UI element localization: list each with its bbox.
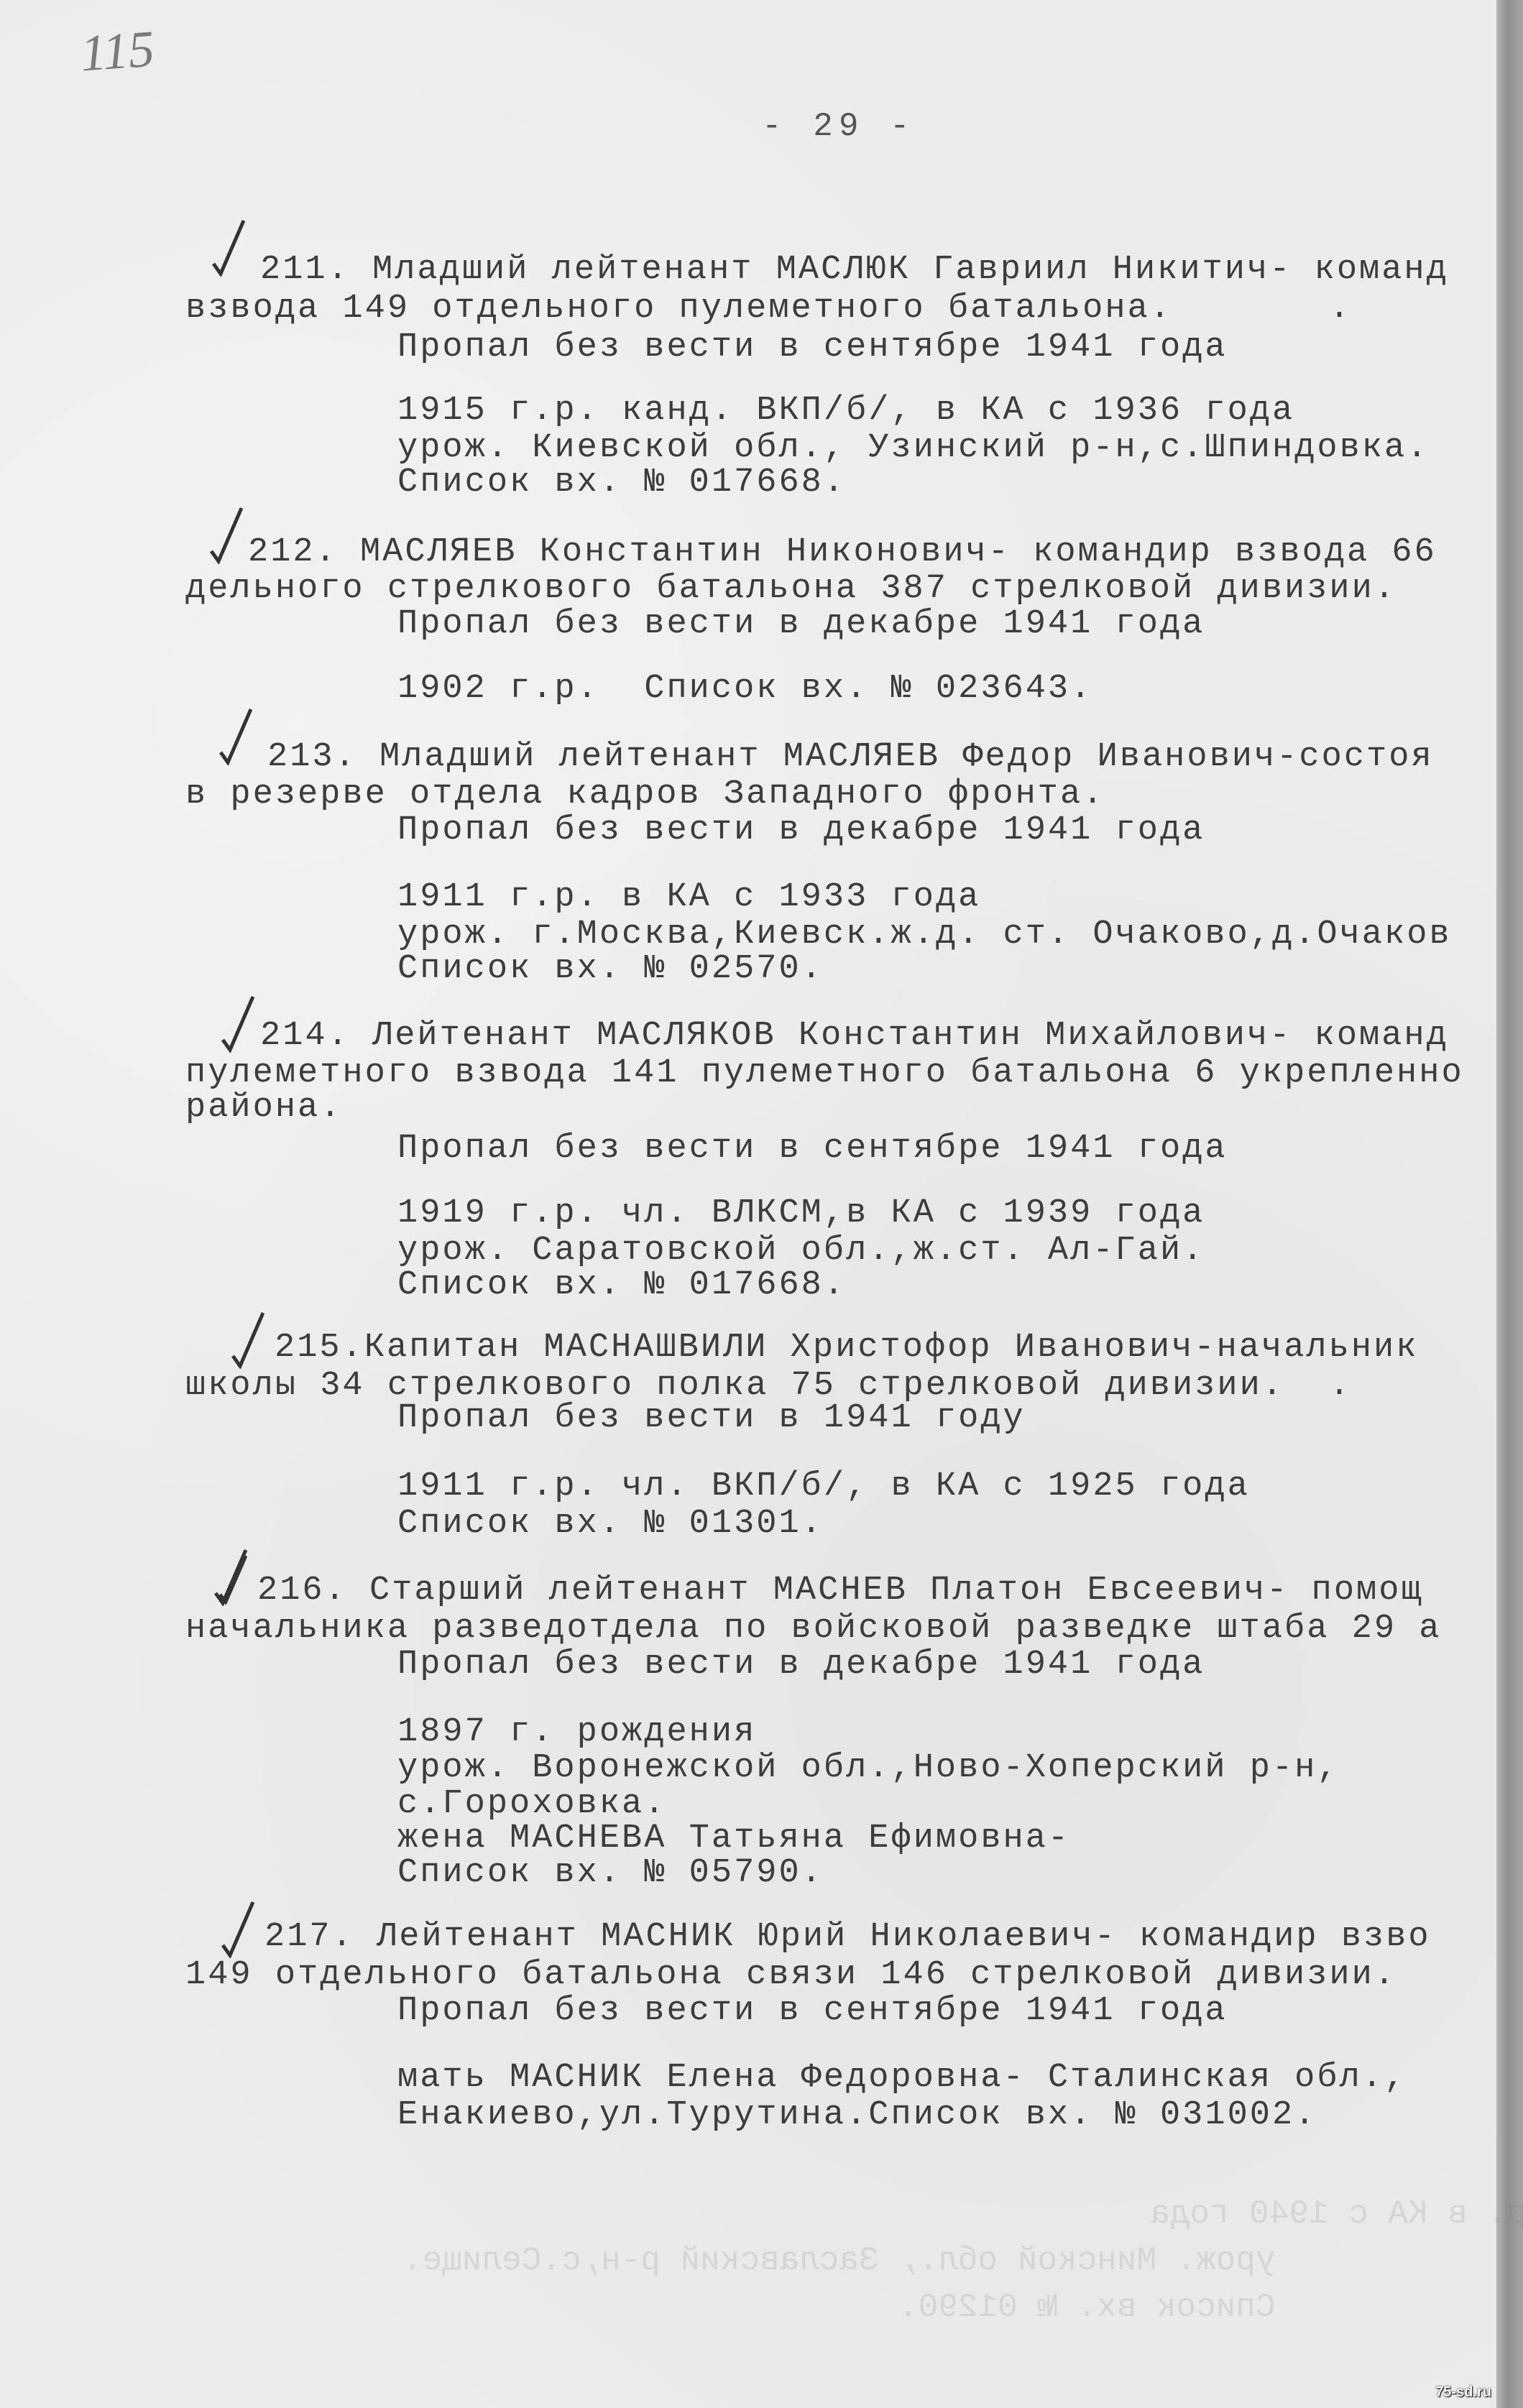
entry-213-line-2: в резерве отдела кадров Западного фронта…: [185, 778, 1105, 811]
source-watermark: 75-sd.ru: [1435, 2384, 1491, 2401]
entry-214-line-4: Пропал без вести в сентябре 1941 года: [397, 1132, 1228, 1166]
entry-217-line-1: 217. Лейтенант МАСНИК Юрий Николаевич- к…: [264, 1920, 1431, 1954]
entry-211-line-3: Пропал без вести в сентябре 1941 года: [397, 331, 1228, 364]
entry-212-line-4: 1902 г.р. Список вх. № 023643.: [397, 672, 1092, 706]
entry-214-line-6: урож. Саратовской обл.,ж.ст. Ал-Гай.: [397, 1234, 1205, 1268]
entry-213-line-1: 213. Младший лейтенант МАСЛЯЕВ Федор Ива…: [267, 740, 1434, 774]
entry-214-line-5: 1919 г.р. чл. ВЛКСМ,в КА с 1939 года: [397, 1196, 1205, 1230]
entry-213-line-5: урож. г.Москва,Киевск.ж.д. ст. Очаково,д…: [397, 918, 1452, 951]
entry-214-line-7: Список вх. № 017668.: [397, 1268, 846, 1302]
entry-216-line-5: урож. Воронежской обл.,Ново-Хоперский р-…: [397, 1751, 1340, 1785]
entry-217-line-3: Пропал без вести в сентябре 1941 года: [397, 1994, 1228, 2028]
entry-213-line-3: Пропал без вести в декабре 1941 года: [397, 813, 1205, 847]
checkmark-icon: [219, 708, 252, 765]
checkmark-icon: [231, 1311, 264, 1369]
entry-216-line-1: 216. Старший лейтенант МАСНЕВ Платон Евс…: [257, 1574, 1424, 1607]
entry-216-line-6: с.Гороховка.: [397, 1787, 666, 1821]
entry-217-line-4: мать МАСНИК Елена Федоровна- Сталинская …: [397, 2061, 1407, 2095]
entry-211-line-5: урож. Киевской обл., Узинский р-н,с.Шпин…: [397, 431, 1429, 465]
entry-213-line-4: 1911 г.р. в КА с 1933 года: [397, 880, 980, 914]
entry-217-line-2: 149 отдельного батальона связи 146 стрел…: [185, 1958, 1397, 1992]
entry-212-line-2: дельного стрелкового батальона 387 стрел…: [185, 572, 1397, 606]
entry-216-line-8: Список вх. № 05790.: [397, 1856, 824, 1890]
entry-216-line-2: начальника разведотдела по войсковой раз…: [185, 1612, 1441, 1646]
page-number: - 29 -: [762, 108, 916, 145]
entry-214-line-2: пулеметного взвода 141 пулеметного батал…: [185, 1056, 1464, 1090]
archive-handwritten-mark: 115: [78, 19, 156, 84]
entry-215-line-4: 1911 г.р. чл. ВКП/б/, в КА с 1925 года: [397, 1470, 1250, 1503]
entry-212-line-3: Пропал без вести в декабре 1941 года: [397, 607, 1205, 641]
entry-211-line-2: взвода 149 отдельного пулеметного баталь…: [185, 292, 1352, 326]
entry-213-line-6: Список вх. № 02570.: [397, 952, 824, 986]
entry-211-line-4: 1915 г.р. канд. ВКП/б/, в КА с 1936 года: [397, 394, 1294, 428]
entry-216-line-7: жена МАСНЕВА Татьяна Ефимовна-: [397, 1822, 1070, 1855]
checkmark-icon: [214, 1549, 247, 1606]
entry-215-line-3: Пропал без вести в 1941 году: [397, 1401, 1026, 1435]
entry-215-line-1: 215.Капитан МАСНАШВИЛИ Христофор Иванови…: [275, 1331, 1418, 1365]
entry-215-line-2: школы 34 стрелкового полка 75 стрелковой…: [185, 1369, 1352, 1403]
entry-216-line-4: 1897 г. рождения: [397, 1715, 756, 1749]
entry-216-line-3: Пропал без вести в декабре 1941 года: [397, 1648, 1205, 1682]
entry-217-line-5: Енакиево,ул.Турутина.Список вх. № 031002…: [397, 2098, 1317, 2132]
entry-214-line-1: 214. Лейтенант МАСЛЯКОВ Константин Михай…: [260, 1019, 1449, 1053]
checkmark-icon: [221, 995, 254, 1053]
checkmark-icon: [221, 1901, 254, 1958]
entry-212-line-1: 212. МАСЛЯЕВ Константин Никонович- коман…: [248, 535, 1437, 569]
entry-211-line-6: Список вх. № 017668.: [397, 466, 846, 499]
page-edge: [1496, 0, 1523, 2408]
entry-211-line-1: 211. Младший лейтенант МАСЛЮК Гавриил Ни…: [260, 253, 1449, 287]
entry-214-line-3: района.: [185, 1091, 342, 1125]
entry-215-line-5: Список вх. № 01301.: [397, 1507, 824, 1541]
checkmark-icon: [212, 219, 245, 277]
checkmark-icon: [210, 507, 243, 564]
